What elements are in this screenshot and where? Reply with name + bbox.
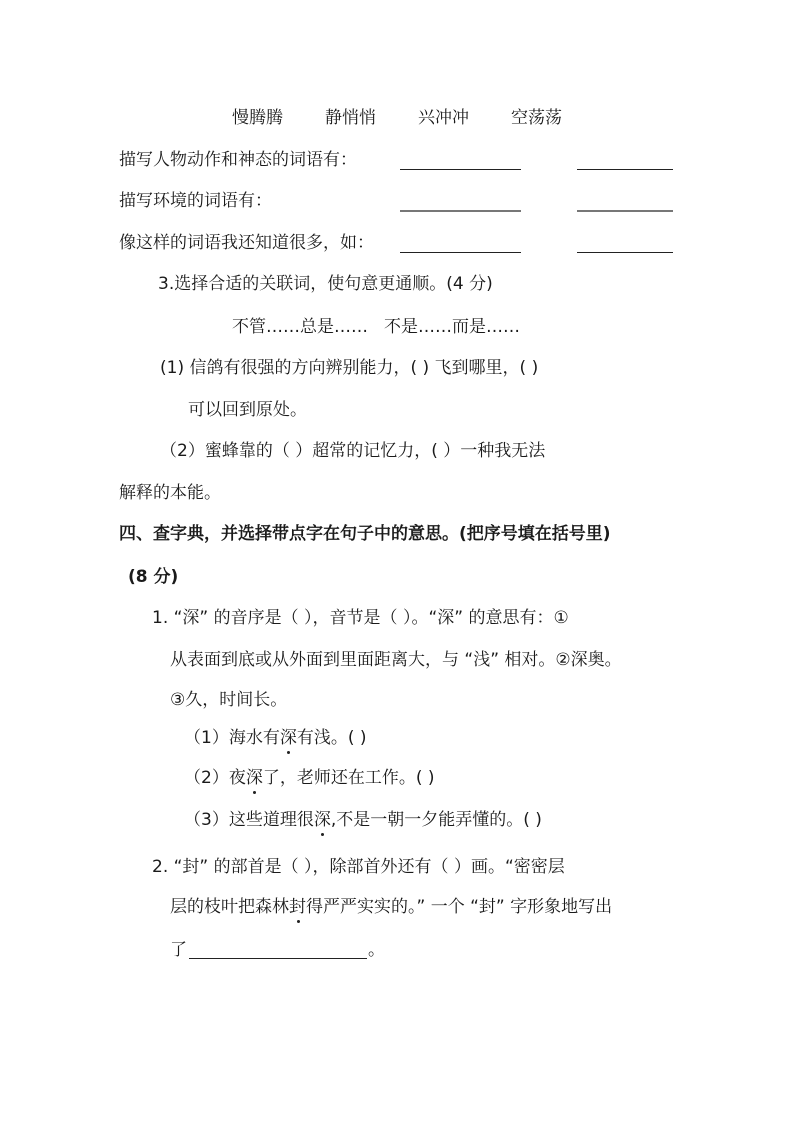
- q3-item1-line2: 可以回到原处。: [188, 400, 307, 420]
- q3-item2-line2: 解释的本能。: [119, 483, 221, 503]
- answer-blank[interactable]: [577, 252, 673, 253]
- answer-blank[interactable]: [577, 169, 673, 170]
- dotted-char: 深: [314, 810, 331, 830]
- answer-blank[interactable]: [577, 210, 673, 212]
- word-bank-item: 兴冲冲: [418, 108, 469, 128]
- classify-label-environment: 描写环境的词语有：: [119, 191, 272, 211]
- s4-q1-line3: ③久，时间长。: [170, 690, 287, 710]
- item-text: （3）这些道理很: [184, 810, 314, 830]
- s4-q1-line2: 从表面到底或从外面到里面距离大，与 “浅” 相对。②深奥。: [170, 650, 622, 670]
- dotted-char: 封: [289, 897, 306, 917]
- s4-q2-line1: 2. “封” 的部首是（ ），除部首外还有（ ）画。“密密层: [152, 857, 565, 877]
- conjunction-option: 不管……总是……: [232, 317, 368, 337]
- section4-title: 四、查字典，并选择带点字在句子中的意思。(把序号填在括号里): [119, 524, 611, 544]
- s4-q2-line3-suffix: 。: [368, 940, 385, 960]
- item-text: 有浅。( ): [297, 728, 367, 748]
- item-text: 了，老师还在工作。( ): [263, 768, 435, 788]
- item-text: 层的枝叶把森林: [170, 897, 289, 917]
- item-text: （2）夜: [184, 768, 246, 788]
- item-text: ,不是一朝一夕能弄懂的。( ): [331, 810, 542, 830]
- answer-blank[interactable]: [400, 210, 521, 212]
- word-bank-item: 空荡荡: [511, 108, 562, 128]
- s4-q1-item: （3）这些道理很深,不是一朝一夕能弄懂的。( ): [184, 810, 542, 830]
- item-text: 得严严实实的。” 一个 “封” 字形象地写出: [306, 897, 612, 917]
- classify-label-more: 像这样的词语我还知道很多，如：: [119, 233, 374, 253]
- s4-q1-item: （2）夜深了，老师还在工作。( ): [184, 768, 435, 788]
- dotted-char: 深: [280, 728, 297, 748]
- s4-q2-line3-prefix: 了: [170, 940, 187, 960]
- conjunction-option: 不是……而是……: [384, 317, 520, 337]
- q3-item1-line1: (1) 信鸽有很强的方向辨别能力，( ) 飞到哪里，( ): [160, 358, 538, 378]
- dotted-char: 深: [246, 768, 263, 788]
- answer-blank[interactable]: [400, 252, 521, 253]
- answer-blank[interactable]: [400, 169, 521, 170]
- s4-q1-line1: 1. “深” 的音序是（ ），音节是（ ）。“深” 的意思有：①: [152, 608, 569, 628]
- answer-blank[interactable]: [189, 958, 367, 959]
- item-text: （1）海水有: [184, 728, 280, 748]
- section4-points: (8 分): [128, 567, 178, 587]
- q3-item2-line1: （2）蜜蜂靠的（ ）超常的记忆力，( ）一种我无法: [160, 441, 545, 461]
- s4-q2-line2: 层的枝叶把森林封得严严实实的。” 一个 “封” 字形象地写出: [170, 897, 612, 917]
- s4-q1-item: （1）海水有深有浅。( ): [184, 728, 367, 748]
- word-bank-item: 慢腾腾: [232, 108, 283, 128]
- word-bank-item: 静悄悄: [325, 108, 376, 128]
- classify-label-action: 描写人物动作和神态的词语有：: [119, 150, 357, 170]
- q3-title: 3.选择合适的关联词，使句意更通顺。(4 分): [158, 274, 493, 294]
